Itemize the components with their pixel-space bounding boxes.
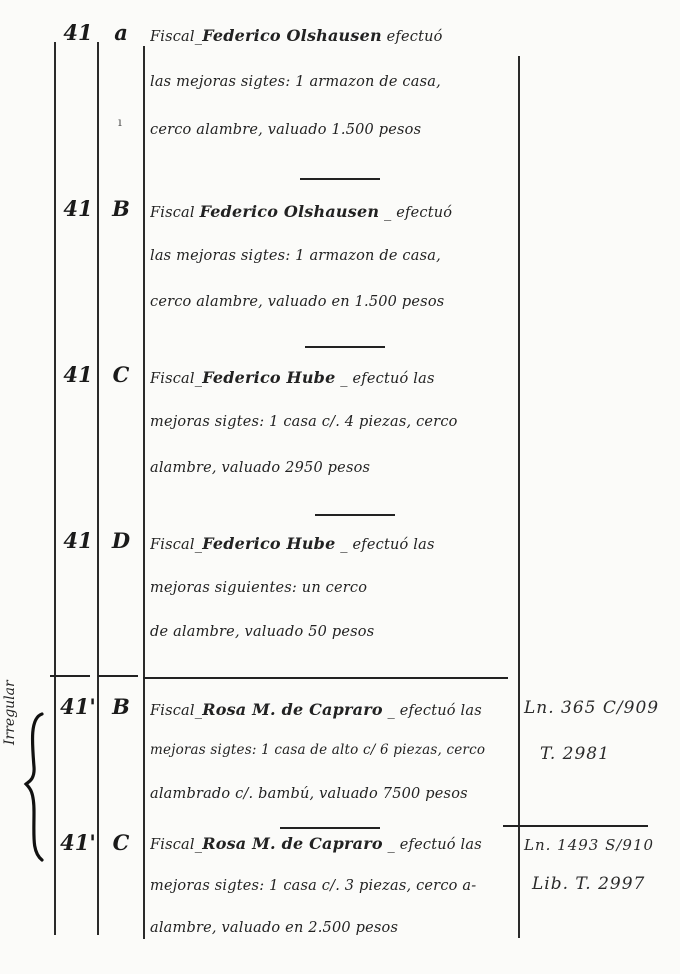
entry-number: 41 xyxy=(60,362,96,387)
section-separator-number xyxy=(50,675,90,677)
stray-mark: ı xyxy=(118,115,122,129)
column-rule-letter xyxy=(143,46,145,939)
entry-line-3: cerco alambre, valuado en 1.500 pesos xyxy=(150,294,516,310)
column-rule-number xyxy=(97,42,99,935)
entry-text: _ efectuó las xyxy=(388,837,482,853)
entry-letter: C xyxy=(102,830,140,855)
margin-note-line-1: Ln. 365 C/909 xyxy=(524,698,674,718)
owner-name: Federico Olshausen xyxy=(202,26,382,45)
entry-letter: a xyxy=(102,20,140,45)
entry-separator xyxy=(300,178,380,180)
owner-name: Rosa M. de Capraro xyxy=(202,834,383,853)
entry-line-2: mejoras siguientes: un cerco xyxy=(150,580,516,596)
entry-text: _ efectuó xyxy=(384,205,452,221)
entry-letter: B xyxy=(102,694,140,719)
entry-line-2: las mejoras sigtes: 1 armazon de casa, xyxy=(150,74,516,90)
entry-line-2: mejoras sigtes: 1 casa de alto c/ 6 piez… xyxy=(150,742,516,758)
entry-line-1: Fiscal_Rosa M. de Capraro _ efectuó las xyxy=(150,700,516,719)
entry-letter: C xyxy=(102,362,140,387)
entry-separator xyxy=(315,514,395,516)
entry-line-1: Fiscal_Federico Hube _ efectuó las xyxy=(150,534,516,553)
entry-text: _ efectuó las xyxy=(340,537,434,553)
entry-number: 41 xyxy=(60,528,96,553)
entry-line-3: alambre, valuado en 2.500 pesos xyxy=(150,920,516,936)
irregular-annotation: Irregular xyxy=(2,625,18,745)
entry-line-3: alambre, valuado 2950 pesos xyxy=(150,460,516,476)
column-rule-left xyxy=(54,42,56,935)
owner-name: Rosa M. de Capraro xyxy=(202,700,383,719)
entry-line-2: mejoras sigtes: 1 casa c/. 4 piezas, cer… xyxy=(150,414,516,430)
ledger-page: 41 a Fiscal_Federico Olshausen efectuó l… xyxy=(0,0,680,974)
entry-line-1: Fiscal Federico Olshausen _ efectuó xyxy=(150,202,516,221)
entry-number: 41 xyxy=(60,20,96,45)
margin-note-line-2: T. 2981 xyxy=(540,744,680,764)
fiscal-label: Fiscal_ xyxy=(150,837,202,853)
entry-line-1: Fiscal_Federico Hube _ efectuó las xyxy=(150,368,516,387)
entry-line-3: cerco alambre, valuado 1.500 pesos xyxy=(150,122,516,138)
entry-number: 41 xyxy=(60,196,96,221)
fiscal-label: Fiscal_ xyxy=(150,703,202,719)
section-separator-body xyxy=(143,677,508,679)
entry-text: _ efectuó las xyxy=(340,371,434,387)
entry-text: _ efectuó las xyxy=(388,703,482,719)
fiscal-label: Fiscal_ xyxy=(150,371,202,387)
entry-text: efectuó xyxy=(387,29,443,45)
fiscal-label: Fiscal xyxy=(150,205,200,221)
margin-note-line-1: Ln. 1493 S/910 xyxy=(524,836,674,854)
owner-name: Federico Olshausen xyxy=(200,202,380,221)
entry-separator xyxy=(280,827,380,829)
entry-separator xyxy=(305,346,385,348)
owner-name: Federico Hube xyxy=(202,534,335,553)
entry-letter: D xyxy=(102,528,140,553)
entry-line-3: alambrado c/. bambú, valuado 7500 pesos xyxy=(150,786,516,802)
section-separator-letter xyxy=(98,675,138,677)
fiscal-label: Fiscal_ xyxy=(150,29,202,45)
brace-icon xyxy=(22,712,46,862)
entry-number: 41' xyxy=(60,830,96,855)
entry-line-2: mejoras sigtes: 1 casa c/. 3 piezas, cer… xyxy=(150,878,516,894)
margin-separator xyxy=(503,825,648,827)
margin-note-line-2: Lib. T. 2997 xyxy=(532,874,680,894)
entry-letter: B xyxy=(102,196,140,221)
column-rule-right xyxy=(518,56,520,938)
entry-line-1: Fiscal_Federico Olshausen efectuó xyxy=(150,26,516,45)
fiscal-label: Fiscal_ xyxy=(150,537,202,553)
entry-line-3: de alambre, valuado 50 pesos xyxy=(150,624,516,640)
entry-number: 41' xyxy=(60,694,96,719)
entry-line-2: las mejoras sigtes: 1 armazon de casa, xyxy=(150,248,516,264)
entry-line-1: Fiscal_Rosa M. de Capraro _ efectuó las xyxy=(150,834,516,853)
owner-name: Federico Hube xyxy=(202,368,335,387)
